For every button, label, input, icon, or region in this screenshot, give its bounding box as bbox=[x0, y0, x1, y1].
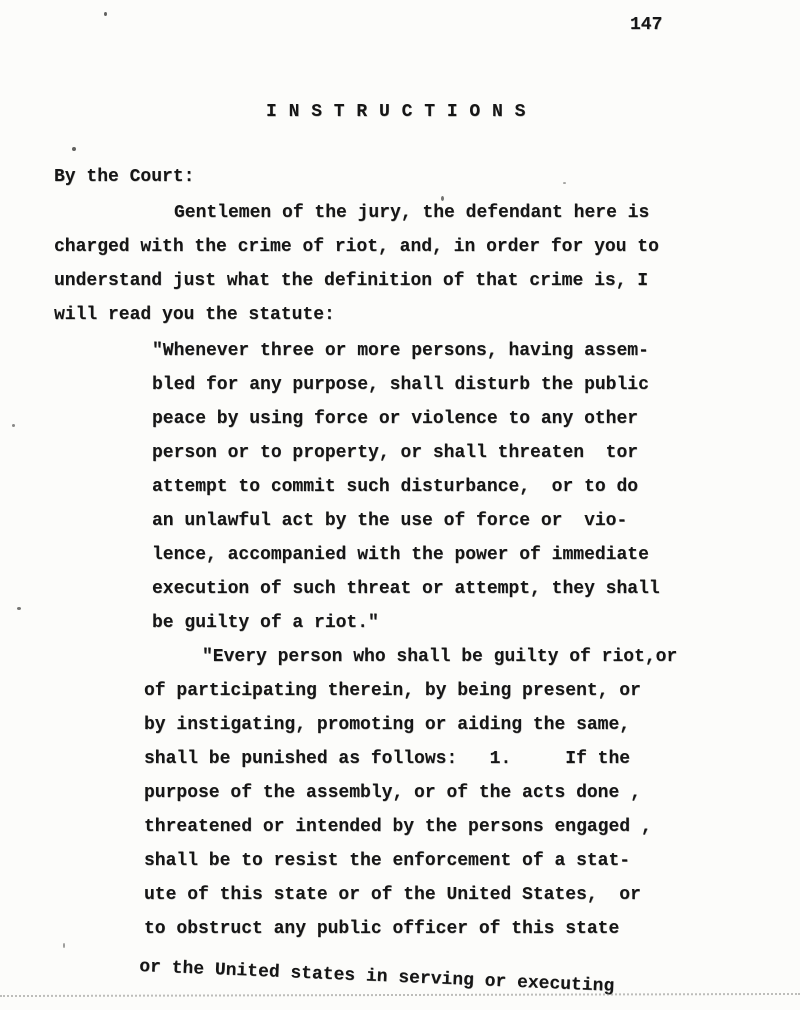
text-line: shall be punished as follows: 1. If the bbox=[144, 742, 677, 776]
scan-speck bbox=[441, 196, 444, 201]
scanned-document-page: 147 I N S T R U C T I O N S By the Court… bbox=[0, 0, 800, 1010]
text-line: ute of this state or of the United State… bbox=[144, 878, 677, 912]
text-line: by instigating, promoting or aiding the … bbox=[144, 708, 677, 742]
text-line: be guilty of a riot." bbox=[152, 606, 660, 640]
text-line: charged with the crime of riot, and, in … bbox=[54, 230, 659, 264]
text-line: an unlawful act by the use of force or v… bbox=[152, 504, 660, 538]
text-line: execution of such threat or attempt, the… bbox=[152, 572, 660, 606]
text-line: person or to property, or shall threaten… bbox=[152, 436, 660, 470]
scan-speck bbox=[17, 607, 21, 610]
statute-quote-riot-definition: "Whenever three or more persons, having … bbox=[152, 334, 660, 640]
page-number: 147 bbox=[630, 8, 662, 42]
statute-quote-punishment: "Every person who shall be guilty of rio… bbox=[144, 640, 677, 946]
scan-speck bbox=[12, 424, 15, 427]
document-title: I N S T R U C T I O N S bbox=[266, 95, 526, 129]
scan-speck bbox=[563, 182, 566, 184]
text-line: threatened or intended by the persons en… bbox=[144, 810, 677, 844]
text-line: "Every person who shall be guilty of rio… bbox=[144, 640, 677, 674]
text-line: lence, accompanied with the power of imm… bbox=[152, 538, 660, 572]
text-line: of participating therein, by being prese… bbox=[144, 674, 677, 708]
scan-speck bbox=[104, 12, 107, 16]
text-line: attempt to commit such disturbance, or t… bbox=[152, 470, 660, 504]
scan-speck bbox=[72, 147, 76, 151]
text-line: "Whenever three or more persons, having … bbox=[152, 334, 660, 368]
text-line: peace by using force or violence to any … bbox=[152, 402, 660, 436]
scan-speck bbox=[63, 943, 65, 948]
text-line: purpose of the assembly, or of the acts … bbox=[144, 776, 677, 810]
scan-artifact-dotted-line bbox=[0, 993, 800, 997]
text-line: shall be to resist the enforcement of a … bbox=[144, 844, 677, 878]
byline-court: By the Court: bbox=[54, 160, 194, 194]
opening-paragraph: Gentlemen of the jury, the defendant her… bbox=[54, 196, 659, 332]
text-line: Gentlemen of the jury, the defendant her… bbox=[54, 196, 659, 230]
text-line: bled for any purpose, shall disturb the … bbox=[152, 368, 660, 402]
text-line: to obstruct any public officer of this s… bbox=[144, 912, 677, 946]
text-line: will read you the statute: bbox=[54, 298, 659, 332]
text-line: understand just what the definition of t… bbox=[54, 264, 659, 298]
